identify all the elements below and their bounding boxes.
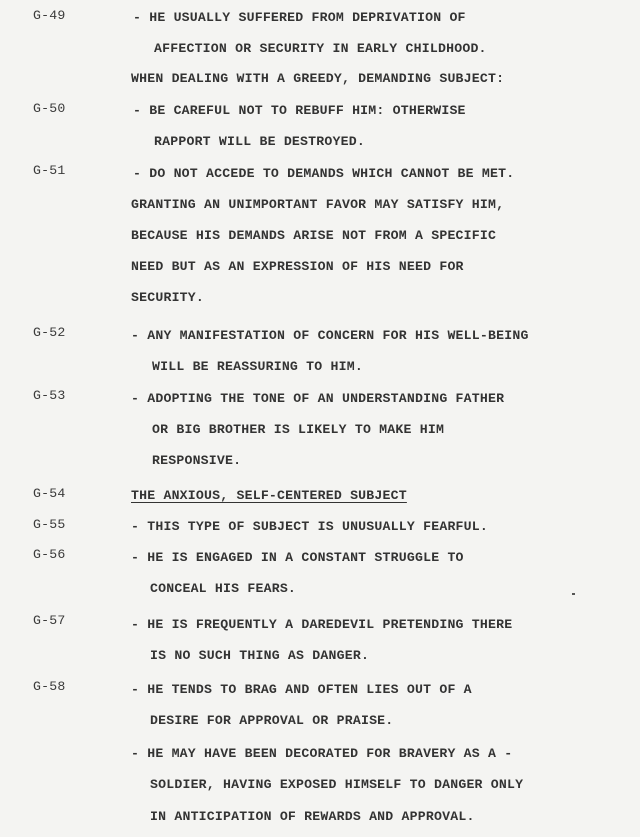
paragraph-code: G-50 bbox=[33, 101, 65, 116]
text-line: - HE USUALLY SUFFERED FROM DEPRIVATION O… bbox=[133, 10, 466, 25]
text-line: - HE IS ENGAGED IN A CONSTANT STRUGGLE T… bbox=[131, 550, 464, 565]
text-line: AFFECTION OR SECURITY IN EARLY CHILDHOOD… bbox=[154, 41, 487, 56]
text-line: RESPONSIVE. bbox=[152, 453, 241, 468]
text-line: BECAUSE HIS DEMANDS ARISE NOT FROM A SPE… bbox=[131, 228, 496, 243]
text-line: OR BIG BROTHER IS LIKELY TO MAKE HIM bbox=[152, 422, 444, 437]
paragraph-code: G-51 bbox=[33, 163, 65, 178]
text-line: IS NO SUCH THING AS DANGER. bbox=[150, 648, 369, 663]
text-line: WILL BE REASSURING TO HIM. bbox=[152, 359, 363, 374]
text-line: - THIS TYPE OF SUBJECT IS UNUSUALLY FEAR… bbox=[131, 519, 488, 534]
text-line: SECURITY. bbox=[131, 290, 204, 305]
text-line: - BE CAREFUL NOT TO REBUFF HIM: OTHERWIS… bbox=[133, 103, 466, 118]
paragraph-code: G-56 bbox=[33, 547, 65, 562]
text-line: NEED BUT AS AN EXPRESSION OF HIS NEED FO… bbox=[131, 259, 464, 274]
paragraph-code: G-53 bbox=[33, 388, 65, 403]
text-line: SOLDIER, HAVING EXPOSED HIMSELF TO DANGE… bbox=[150, 777, 523, 792]
document-page: G-49 G-50 G-51 G-52 G-53 G-54 G-55 G-56 … bbox=[0, 0, 640, 837]
scan-mark bbox=[572, 593, 575, 595]
paragraph-code: G-52 bbox=[33, 325, 65, 340]
text-line: CONCEAL HIS FEARS. bbox=[150, 581, 296, 596]
paragraph-code: G-58 bbox=[33, 679, 65, 694]
paragraph-code: G-55 bbox=[33, 517, 65, 532]
text-line: - HE MAY HAVE BEEN DECORATED FOR BRAVERY… bbox=[131, 746, 512, 761]
text-line: - ANY MANIFESTATION OF CONCERN FOR HIS W… bbox=[131, 328, 529, 343]
section-heading: THE ANXIOUS, SELF-CENTERED SUBJECT bbox=[131, 488, 407, 503]
text-line: RAPPORT WILL BE DESTROYED. bbox=[154, 134, 365, 149]
text-line: - DO NOT ACCEDE TO DEMANDS WHICH CANNOT … bbox=[133, 166, 514, 181]
text-line: - ADOPTING THE TONE OF AN UNDERSTANDING … bbox=[131, 391, 504, 406]
paragraph-code: G-49 bbox=[33, 8, 65, 23]
text-line: IN ANTICIPATION OF REWARDS AND APPROVAL. bbox=[150, 809, 475, 824]
paragraph-code: G-54 bbox=[33, 486, 65, 501]
section-intro: WHEN DEALING WITH A GREEDY, DEMANDING SU… bbox=[131, 71, 504, 86]
paragraph-code: G-57 bbox=[33, 613, 65, 628]
text-line: - HE TENDS TO BRAG AND OFTEN LIES OUT OF… bbox=[131, 682, 472, 697]
text-line: GRANTING AN UNIMPORTANT FAVOR MAY SATISF… bbox=[131, 197, 504, 212]
text-line: - HE IS FREQUENTLY A DAREDEVIL PRETENDIN… bbox=[131, 617, 512, 632]
text-line: DESIRE FOR APPROVAL OR PRAISE. bbox=[150, 713, 393, 728]
